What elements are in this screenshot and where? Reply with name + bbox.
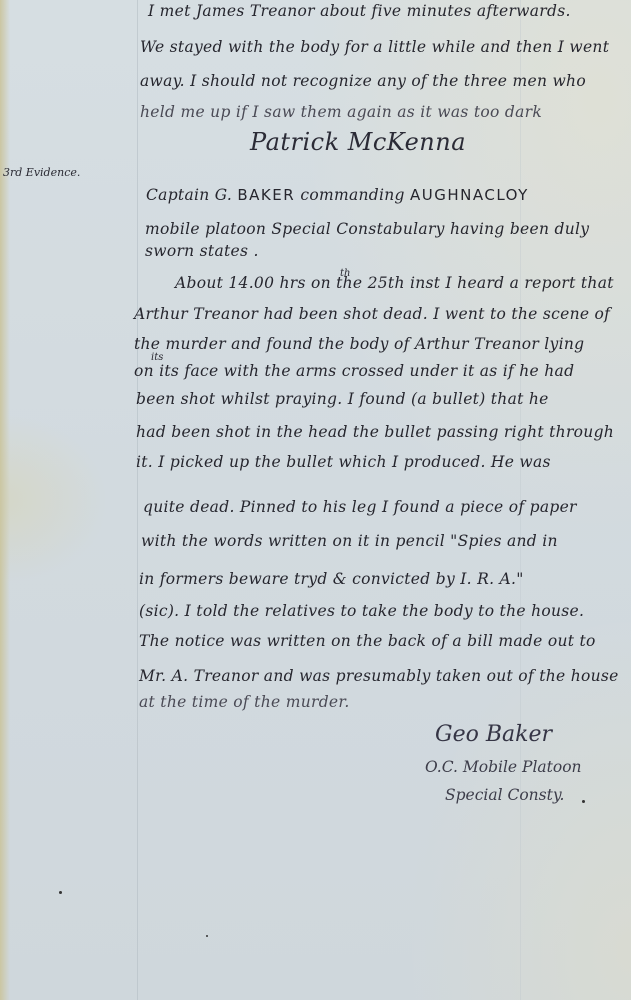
statement-line: Arthur Treanor had been shot dead. I wen… [134,305,610,323]
document-page: I met James Treanor about five minutes a… [0,0,631,1000]
statement-line: been shot whilst praying. I found (a bul… [136,390,549,408]
statement-line: with the words written on it in pencil "… [141,532,558,550]
statement-line: quite dead. Pinned to his leg I found a … [143,498,577,516]
signatory-unit: Special Consty. [445,786,564,804]
paper-speck [206,935,208,937]
deposition-header-line: sworn states . [145,242,259,260]
deposition-header-line: Captain G. BAKER commanding AUGHNACLOY [146,186,529,204]
paper-speck [582,800,585,803]
officer-surname: BAKER [237,186,295,204]
margin-rule [137,0,138,1000]
page-left-edge [0,0,10,1000]
header-text: commanding [295,186,410,204]
statement-text: About 14.00 hrs on the 25th inst I heard… [175,274,614,292]
signature-baker: Geo Baker [435,722,552,747]
statement-line: at the time of the murder. [139,693,350,711]
statement-line: had been shot in the head the bullet pas… [136,423,614,441]
statement-line: The notice was written on the back of a … [139,632,596,650]
continuation-line: held me up if I saw them again as it was… [140,103,542,121]
continuation-line: I met James Treanor about five minutes a… [148,2,571,20]
continuation-line: away. I should not recognize any of the … [140,72,586,90]
statement-line: Mr. A. Treanor and was presumably taken … [139,667,619,685]
place-name: AUGHNACLOY [410,186,529,204]
paper-speck [59,891,62,894]
statement-line: in formers beware tryd & convicted by I.… [139,570,524,588]
signatory-title: O.C. Mobile Platoon [425,758,582,776]
statement-line: (sic). I told the relatives to take the … [139,602,584,620]
date-superscript: th [340,268,350,279]
statement-line: About 14.00 hrs on the 25th inst I heard… [175,274,614,292]
statement-line: on its face with the arms crossed under … [134,362,574,380]
margin-note: 3rd Evidence. [3,166,80,179]
statement-line: it. I picked up the bullet which I produ… [136,453,551,471]
signature-mckenna: Patrick McKenna [250,128,466,156]
continuation-line: We stayed with the body for a little whi… [140,38,609,56]
statement-line: the murder and found the body of Arthur … [134,335,584,353]
deposition-header-line: mobile platoon Special Constabulary havi… [145,220,589,238]
header-text: Captain G. [146,186,237,204]
